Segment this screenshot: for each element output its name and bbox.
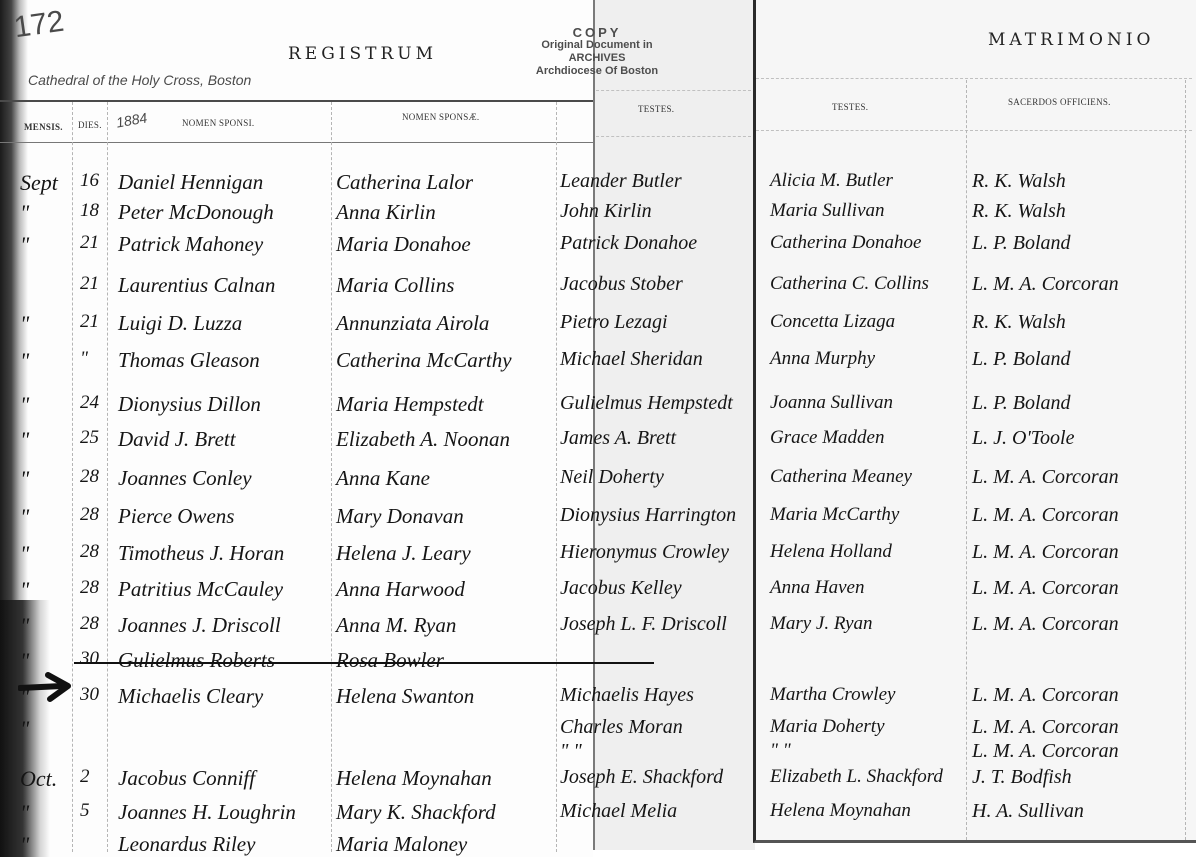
col-header-sacerdos: SACERDOS OFFICIENS. [1008, 97, 1111, 107]
entry-testis2: Concetta Lizaga [770, 311, 895, 333]
entry-testis2: Anna Murphy [770, 348, 875, 370]
entry-sponsus: Joannes J. Driscoll [118, 613, 281, 638]
entry-sponsa: Maria Donahoe [336, 232, 471, 257]
strikethrough-line [74, 662, 654, 664]
entry-sponsus: Peter McDonough [118, 200, 274, 225]
entry-sponsa: Helena J. Leary [336, 541, 471, 566]
entry-mensis: " [20, 613, 29, 639]
entry-sponsus: Patrick Mahoney [118, 232, 263, 257]
col-header-sponsae: NOMEN SPONSÆ. [402, 112, 479, 122]
entry-testis2: Catherina C. Collins [770, 273, 929, 295]
register-title: REGISTRUM [288, 44, 437, 64]
entry-testis2: Helena Holland [770, 541, 892, 563]
entry-mensis: " [20, 427, 29, 453]
header-top-rule [0, 100, 593, 102]
entry-mensis: " [20, 832, 29, 857]
entry-testis1: Joseph E. Shackford [560, 766, 723, 789]
entry-testis1: Neil Doherty [560, 466, 664, 489]
col-header-mensis: MENSIS. [24, 122, 63, 132]
entry-mensis: Oct. [20, 766, 57, 792]
col-header-testes-1: TESTES. [638, 104, 674, 114]
stamp-line-original: Original Document in [522, 39, 672, 52]
entry-testis1: Dionysius Harrington [560, 504, 736, 527]
entry-sacerdos: R. K. Walsh [972, 311, 1066, 334]
entry-testis1: Jacobus Stober [560, 273, 683, 296]
entry-dies: 2 [80, 766, 90, 788]
entry-sacerdos: J. T. Bodfish [972, 766, 1072, 789]
right-header-top-rule [756, 78, 1192, 79]
stamp-line-archdiocese: Archdiocese Of Boston [522, 65, 672, 78]
entry-sacerdos: L. M. A. Corcoran [972, 577, 1119, 600]
entry-sponsa: Catherina Lalor [336, 170, 473, 195]
entry-dies: 18 [80, 200, 99, 222]
entry-testis1: James A. Brett [560, 427, 676, 450]
entry-sponsus: Patritius McCauley [118, 577, 283, 602]
entry-mensis: " [20, 200, 29, 226]
entry-testis1: Michaelis Hayes [560, 684, 694, 707]
entry-testis2: Anna Haven [770, 577, 864, 599]
entry-mensis: " [20, 504, 29, 530]
entry-sponsa: Maria Hempstedt [336, 392, 484, 417]
entry-sponsus: Timotheus J. Horan [118, 541, 284, 566]
col-header-testes-2: TESTES. [832, 102, 868, 112]
entry-sponsa: Elizabeth A. Noonan [336, 427, 510, 452]
stamp-line-archives: ARCHIVES [522, 52, 672, 65]
entry-testis1: Patrick Donahoe [560, 232, 697, 255]
entry-sacerdos: R. K. Walsh [972, 200, 1066, 223]
entry-sponsus: Pierce Owens [118, 504, 234, 529]
entry-testis1: Leander Butler [560, 170, 682, 193]
entry-testis1: John Kirlin [560, 200, 652, 223]
entry-mensis: " [20, 392, 29, 418]
entry-sacerdos: L. P. Boland [972, 348, 1071, 371]
entry-dies: 30 [80, 684, 99, 706]
entry-mensis: " [20, 311, 29, 337]
entry-sponsus: Laurentius Calnan [118, 273, 275, 298]
entry-testis2: Maria McCarthy [770, 504, 899, 526]
entry-mensis: " [20, 716, 29, 742]
entry-sponsa: Anna Kirlin [336, 200, 436, 225]
entry-testis2: Grace Madden [770, 427, 885, 449]
matrimonio-title: MATRIMONIO [988, 30, 1154, 50]
column-divider-sponsi [331, 102, 332, 852]
entry-dies: 5 [80, 800, 90, 822]
entry-sacerdos: H. A. Sullivan [972, 800, 1084, 823]
entry-sponsus: Dionysius Dillon [118, 392, 261, 417]
entry-testis2: Helena Moynahan [770, 800, 911, 822]
entry-testis1: Michael Sheridan [560, 348, 703, 371]
entry-sponsus: Thomas Gleason [118, 348, 260, 373]
arrow-marker-icon [18, 672, 73, 702]
entry-mensis: " [20, 232, 29, 258]
entry-sponsus: David J. Brett [118, 427, 236, 452]
entry-mensis: " [20, 577, 29, 603]
entry-sacerdos: L. M. A. Corcoran [972, 541, 1119, 564]
column-divider-sacerdos [1185, 80, 1186, 840]
entry-sponsus: Michaelis Cleary [118, 684, 263, 709]
entry-dies: " [80, 348, 88, 370]
parish-note: Cathedral of the Holy Cross, Boston [28, 72, 251, 88]
entry-testis2: " " [770, 740, 791, 762]
entry-testis2: Martha Crowley [770, 684, 895, 706]
entry-sponsa: Mary Donavan [336, 504, 464, 529]
entry-sponsus: Joannes H. Loughrin [118, 800, 296, 825]
archive-copy-stamp: COPY Original Document in ARCHIVES Archd… [522, 26, 672, 78]
entry-mensis: " [20, 648, 29, 674]
entry-testis2: Maria Doherty [770, 716, 885, 738]
entry-mensis: " [20, 800, 29, 826]
entry-testis2: Catherina Meaney [770, 466, 912, 488]
entry-sponsa: Maria Maloney [336, 832, 467, 857]
entry-sacerdos: L. P. Boland [972, 232, 1071, 255]
entry-dies: 21 [80, 273, 99, 295]
entry-sponsus: Jacobus Conniff [118, 766, 255, 791]
entry-sacerdos: L. P. Boland [972, 392, 1071, 415]
col-header-sponsi: NOMEN SPONSI. [182, 118, 254, 128]
entry-testis1: Pietro Lezagi [560, 311, 668, 334]
entry-sacerdos: R. K. Walsh [972, 170, 1066, 193]
stamp-line-copy: COPY [522, 26, 672, 39]
entry-sacerdos: L. M. A. Corcoran [972, 504, 1119, 527]
entry-testis1: Hieronymus Crowley [560, 541, 729, 564]
entry-sponsa: Helena Moynahan [336, 766, 492, 791]
header-bottom-rule [0, 142, 593, 143]
entry-dies: 28 [80, 613, 99, 635]
entry-sponsus: Daniel Hennigan [118, 170, 263, 195]
entry-testis2: Mary J. Ryan [770, 613, 873, 635]
entry-dies: 25 [80, 427, 99, 449]
column-divider-dies [107, 102, 108, 852]
column-divider-mensis [72, 102, 73, 852]
entry-sacerdos: L. M. A. Corcoran [972, 684, 1119, 707]
mid-header-top-rule [596, 90, 751, 91]
entry-dies: 28 [80, 466, 99, 488]
entry-mensis: Sept [20, 170, 58, 196]
entry-sponsa: Anna Kane [336, 466, 430, 491]
entry-testis2: Alicia M. Butler [770, 170, 893, 192]
entry-sacerdos: L. M. A. Corcoran [972, 613, 1119, 636]
entry-testis2: Maria Sullivan [770, 200, 885, 222]
entry-testis1: Joseph L. F. Driscoll [560, 613, 727, 636]
entry-sponsa: Mary K. Shackford [336, 800, 496, 825]
entry-sacerdos: L. M. A. Corcoran [972, 273, 1119, 296]
entry-sponsus: Luigi D. Luzza [118, 311, 242, 336]
column-divider-testes-right [966, 80, 967, 840]
entry-sponsus: Joannes Conley [118, 466, 252, 491]
page-number: 172 [12, 5, 66, 46]
entry-sponsa: Annunziata Airola [336, 311, 489, 336]
entry-sponsa: Helena Swanton [336, 684, 474, 709]
entry-testis1: Gulielmus Hempstedt [560, 392, 733, 415]
entry-dies: 28 [80, 541, 99, 563]
entry-testis2: Joanna Sullivan [770, 392, 893, 414]
entry-testis1: Jacobus Kelley [560, 577, 682, 600]
entry-dies: 21 [80, 311, 99, 333]
entry-sponsa: Maria Collins [336, 273, 454, 298]
entry-sponsa: Catherina McCarthy [336, 348, 512, 373]
entry-testis1: Charles Moran [560, 716, 683, 739]
entry-dies: 24 [80, 392, 99, 414]
entry-testis2: Elizabeth L. Shackford [770, 766, 943, 788]
right-header-bottom-rule [756, 130, 1192, 131]
entry-sponsus: Leonardus Riley [118, 832, 255, 857]
entry-dies: 21 [80, 232, 99, 254]
entry-sponsa: Rosa Bowler [336, 648, 444, 673]
entry-mensis: " [20, 466, 29, 492]
entry-testis2: Catherina Donahoe [770, 232, 921, 254]
mid-header-bottom-rule [596, 136, 751, 137]
entry-mensis: " [20, 348, 29, 374]
entry-sponsus: Gulielmus Roberts [118, 648, 275, 673]
entry-sacerdos: L. M. A. Corcoran [972, 740, 1119, 763]
entry-dies: 28 [80, 504, 99, 526]
entry-testis1: Michael Melia [560, 800, 677, 823]
entry-dies: 28 [80, 577, 99, 599]
col-header-dies: DIES. [78, 120, 102, 130]
entry-sponsa: Anna Harwood [336, 577, 465, 602]
entry-sacerdos: L. M. A. Corcoran [972, 466, 1119, 489]
entry-sponsa: Anna M. Ryan [336, 613, 456, 638]
entry-sacerdos: L. J. O'Toole [972, 427, 1074, 450]
entry-mensis: " [20, 541, 29, 567]
entry-dies: 30 [80, 648, 99, 670]
entry-testis1: " " [560, 740, 582, 763]
column-divider-sponsae [556, 102, 557, 852]
entry-dies: 16 [80, 170, 99, 192]
entry-sacerdos: L. M. A. Corcoran [972, 716, 1119, 739]
